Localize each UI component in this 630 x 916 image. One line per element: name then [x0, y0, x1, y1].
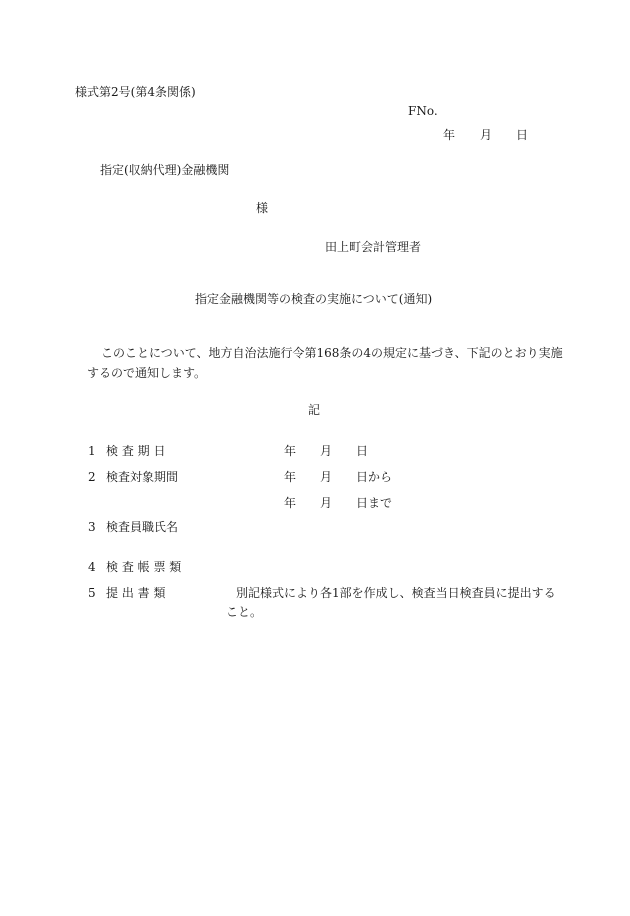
- sender: 田上町会計管理者: [325, 240, 421, 254]
- item-2-year-to: 年: [284, 496, 296, 510]
- item-1-year: 年: [284, 444, 296, 458]
- body-line-2: するので通知します。: [87, 366, 206, 380]
- document-title: 指定金融機関等の検査の実施について(通知): [195, 292, 432, 306]
- item-1-month: 月: [320, 444, 332, 458]
- item-3-label: 検査員職氏名: [106, 520, 178, 534]
- addressee-honorific: 様: [256, 201, 268, 215]
- item-2-day-to: 日まで: [356, 496, 392, 510]
- item-4-label: 検 査 帳 票 類: [106, 560, 181, 574]
- doc-number: FNo.: [408, 104, 438, 118]
- item-1-label: 検 査 期 日: [106, 444, 165, 458]
- item-1-day: 日: [356, 444, 368, 458]
- item-2-month-from: 月: [320, 470, 332, 484]
- item-5-text-line-2: こと。: [226, 605, 262, 619]
- item-5-text-line-1: 別記様式により各1部を作成し、検査当日検査員に提出する: [236, 586, 556, 600]
- item-3-number: 3: [88, 520, 96, 534]
- date-day: 日: [516, 128, 528, 142]
- addressee-org: 指定(収納代理)金融機関: [100, 163, 229, 177]
- item-1-number: 1: [88, 444, 96, 458]
- date-year: 年: [443, 128, 455, 142]
- date-month: 月: [480, 128, 492, 142]
- item-2-number: 2: [88, 470, 96, 484]
- body-line-1: このことについて、地方自治法施行令第168条の4の規定に基づき、下記のとおり実施: [101, 346, 563, 360]
- item-2-year-from: 年: [284, 470, 296, 484]
- item-2-label: 検査対象期間: [106, 470, 178, 484]
- form-label: 様式第2号(第4条関係): [75, 85, 196, 99]
- item-2-day-from: 日から: [356, 470, 392, 484]
- item-5-number: 5: [88, 586, 96, 600]
- item-2-month-to: 月: [320, 496, 332, 510]
- item-5-label: 提 出 書 類: [106, 586, 165, 600]
- item-4-number: 4: [88, 560, 96, 574]
- ki-heading: 記: [308, 403, 320, 417]
